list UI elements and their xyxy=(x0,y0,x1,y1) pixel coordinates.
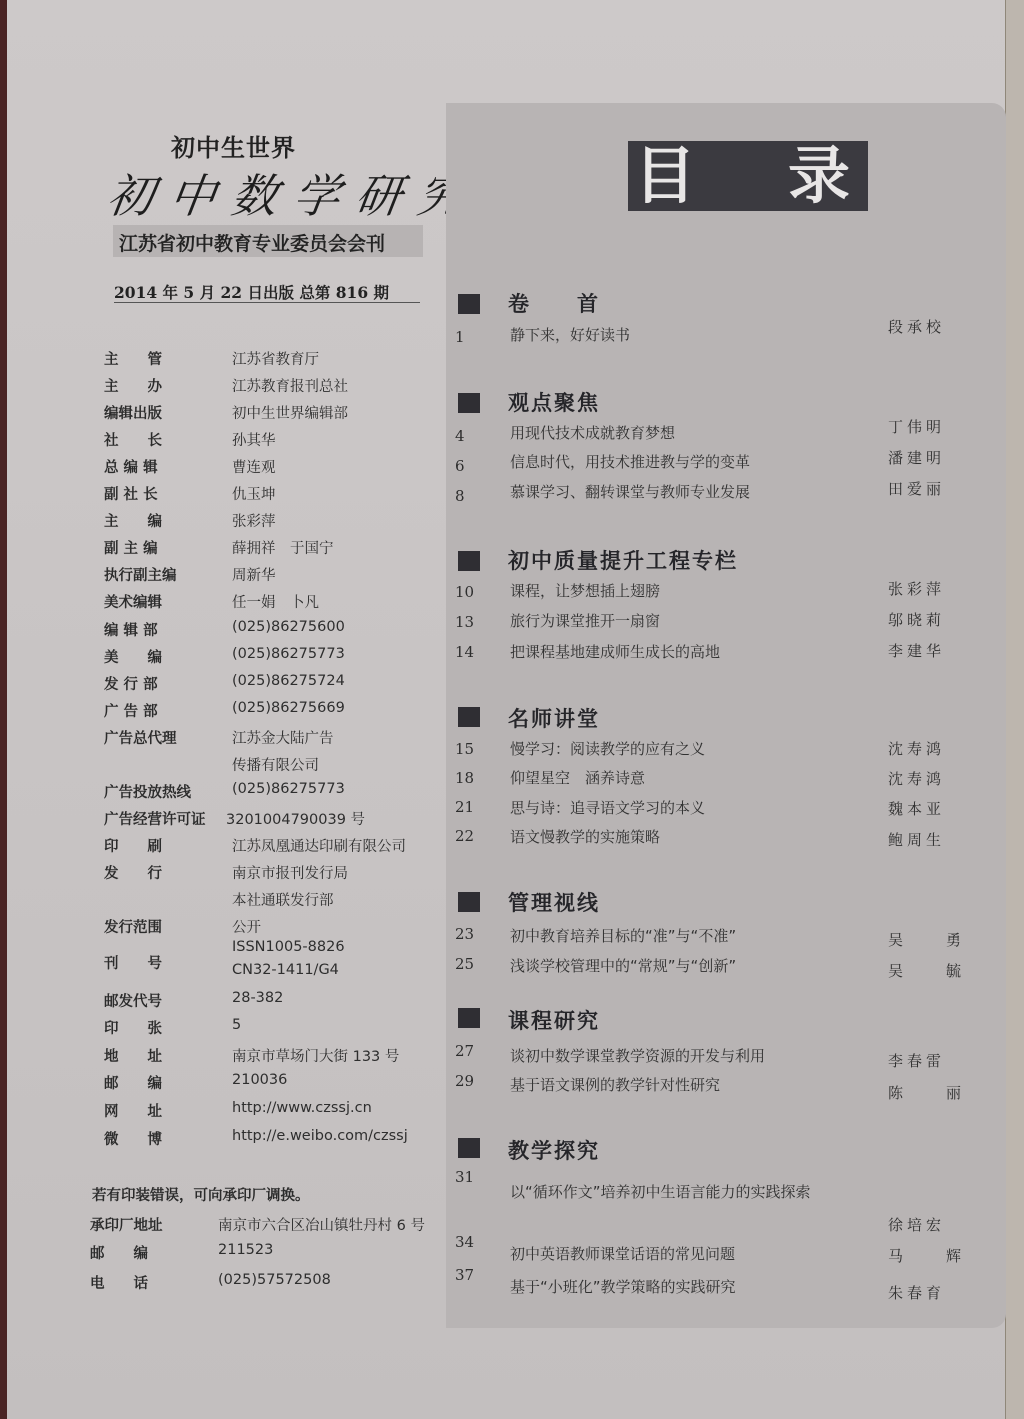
section-title: 名师讲堂 xyxy=(508,703,600,733)
entry-page-number: 10 xyxy=(455,583,474,601)
entry-title[interactable]: 基于语文课例的教学针对性研究 xyxy=(510,1074,720,1095)
entry-page-number: 22 xyxy=(455,827,474,845)
entry-author: 陈 丽 xyxy=(888,1082,975,1103)
entry-title[interactable]: 信息时代，用技术推进教与学的变革 xyxy=(510,451,750,472)
entry-title[interactable]: 初中教育培养目标的“准”与“不准” xyxy=(510,925,736,946)
section-title: 初中质量提升工程专栏 xyxy=(508,545,738,575)
entry-title[interactable]: 慕课学习、翻转课堂与教师专业发展 xyxy=(510,481,750,502)
section-square-icon xyxy=(458,393,480,413)
entry-author: 吴 勇 xyxy=(888,929,975,950)
section-square-icon xyxy=(458,892,480,912)
entry-author: 潘建明 xyxy=(888,447,945,468)
book-spine-edge xyxy=(0,0,7,1419)
entry-author: 李春雷 xyxy=(888,1050,945,1071)
entry-page-number: 8 xyxy=(455,487,465,505)
weibo-url: http://e.weibo.com/czssj xyxy=(232,1128,408,1144)
entry-page-number: 13 xyxy=(455,613,474,631)
entry-title[interactable]: 初中英语教师课堂话语的常见问题 xyxy=(510,1243,735,1264)
section-title: 教学探究 xyxy=(508,1135,600,1165)
section-title: 卷 首 xyxy=(508,288,600,318)
entry-author: 段承校 xyxy=(888,316,945,337)
section-square-icon xyxy=(458,551,480,571)
journal-title: 初中数学研究 xyxy=(103,160,484,226)
entry-author: 丁伟明 xyxy=(888,416,945,437)
issue-underline xyxy=(114,302,420,303)
entry-author: 沈寿鸿 xyxy=(888,768,945,789)
entry-title[interactable]: 慢学习：阅读教学的应有之义 xyxy=(510,738,705,759)
entry-title[interactable]: 仰望星空 涵养诗意 xyxy=(510,767,645,788)
entry-page-number: 1 xyxy=(455,328,465,346)
entry-page-number: 6 xyxy=(455,457,465,475)
section-square-icon xyxy=(458,1138,480,1158)
entry-page-number: 18 xyxy=(455,769,474,787)
entry-author: 吴 毓 xyxy=(888,960,975,981)
entry-page-number: 14 xyxy=(455,643,474,661)
website-url: http://www.czssj.cn xyxy=(232,1100,372,1116)
entry-author: 邬晓莉 xyxy=(888,609,945,630)
entry-author: 田爱丽 xyxy=(888,478,945,499)
entry-title[interactable]: 把课程基地建成师生成长的高地 xyxy=(510,641,720,662)
entry-page-number: 34 xyxy=(455,1233,474,1251)
entry-author: 徐培宏 xyxy=(888,1214,945,1235)
entry-author: 魏本亚 xyxy=(888,798,945,819)
entry-title[interactable]: 静下来，好好读书 xyxy=(510,324,630,345)
section-square-icon xyxy=(458,707,480,727)
entry-page-number: 15 xyxy=(455,740,474,758)
entry-author: 沈寿鸿 xyxy=(888,738,945,759)
entry-title[interactable]: 用现代技术成就教育梦想 xyxy=(510,422,675,443)
entry-author: 李建华 xyxy=(888,640,945,661)
section-square-icon xyxy=(458,1008,480,1028)
entry-page-number: 25 xyxy=(455,955,474,973)
entry-page-number: 23 xyxy=(455,925,474,943)
series-name: 初中生世界 xyxy=(171,128,296,163)
entry-title[interactable]: 谈初中数学课堂教学资源的开发与利用 xyxy=(510,1045,765,1066)
section-title: 管理视线 xyxy=(508,887,600,917)
publisher-band-text: 江苏省初中教育专业委员会会刊 xyxy=(119,229,385,256)
entry-title[interactable]: 思与诗：追寻语文学习的本义 xyxy=(510,797,705,818)
entry-title[interactable]: 以“循环作文”培养初中生语言能力的实践探索 xyxy=(510,1181,811,1202)
entry-page-number: 27 xyxy=(455,1042,474,1060)
entry-title[interactable]: 课程，让梦想插上翅膀 xyxy=(510,580,660,601)
entry-page-number: 31 xyxy=(455,1168,474,1186)
section-title: 观点聚焦 xyxy=(508,387,600,417)
page-edge xyxy=(1005,0,1024,1419)
entry-title[interactable]: 语文慢教学的实施策略 xyxy=(510,826,660,847)
toc-heading: 目 录 xyxy=(628,141,868,211)
entry-page-number: 4 xyxy=(455,427,465,445)
entry-author: 马 辉 xyxy=(888,1245,975,1266)
entry-author: 张彩萍 xyxy=(888,578,945,599)
misprint-notice: 若有印装错误，可向承印厂调换。 xyxy=(92,1184,310,1205)
entry-author: 朱春育 xyxy=(888,1282,945,1303)
publisher-band: 江苏省初中教育专业委员会会刊 xyxy=(113,225,423,257)
section-title: 课程研究 xyxy=(508,1005,600,1035)
entry-title[interactable]: 基于“小班化”教学策略的实践研究 xyxy=(510,1276,736,1297)
entry-author: 鲍周生 xyxy=(888,829,945,850)
entry-page-number: 29 xyxy=(455,1072,474,1090)
entry-page-number: 21 xyxy=(455,798,474,816)
entry-page-number: 37 xyxy=(455,1266,474,1284)
section-square-icon xyxy=(458,294,480,314)
entry-title[interactable]: 浅谈学校管理中的“常规”与“创新” xyxy=(510,955,736,976)
entry-title[interactable]: 旅行为课堂推开一扇窗 xyxy=(510,610,660,631)
issue-line: 2014 年 5 月 22 日出版 总第 816 期 xyxy=(114,281,389,303)
